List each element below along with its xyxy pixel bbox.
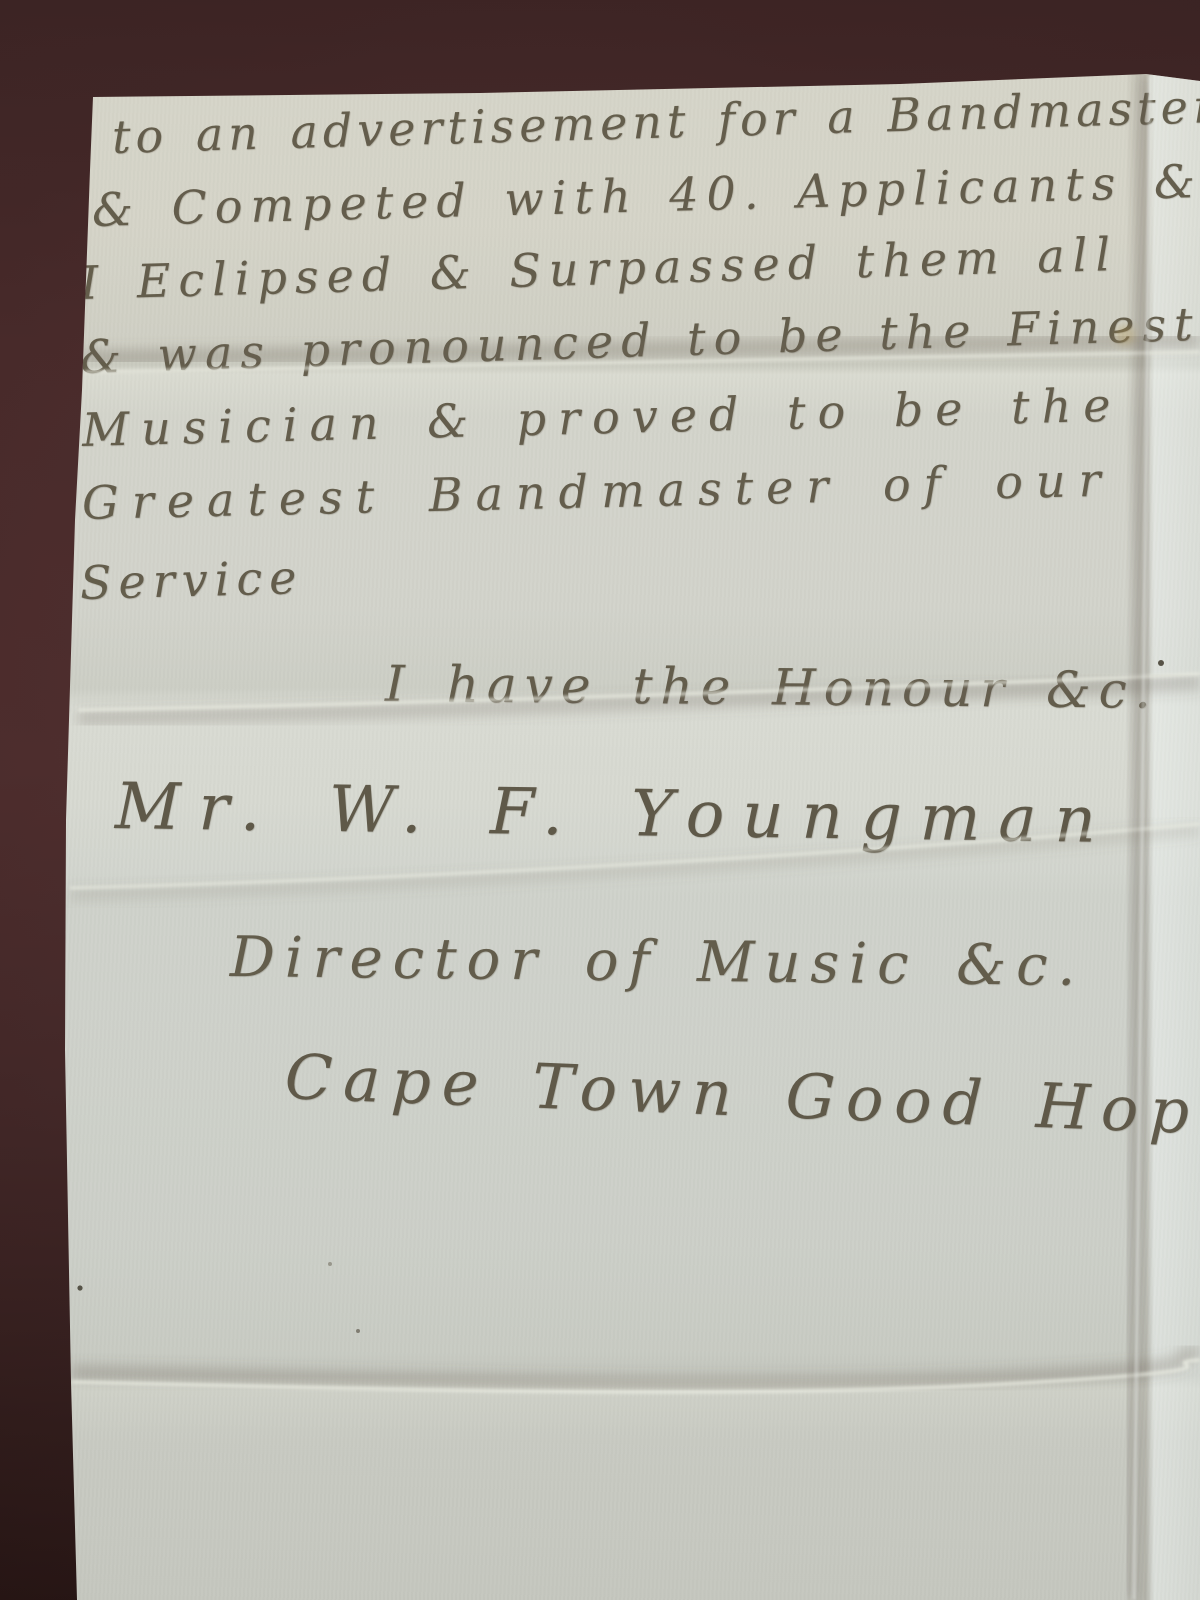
handwritten-line: Greatest Bandmaster of our	[81, 453, 1114, 530]
handwritten-line: I Eclipsed & Surpassed them all	[79, 227, 1119, 310]
photo-background-surface: to an advertisement for a Bandmaster & C…	[0, 0, 1200, 1600]
paper-speck	[356, 1329, 360, 1333]
paper-speck	[77, 1285, 82, 1290]
handwritten-line-title: Director of Music &c.	[230, 925, 1086, 999]
handwritten-line-valediction: I have the Honour &c.	[385, 655, 1159, 720]
handwritten-line: to an advertisement for a Bandmaster	[111, 79, 1200, 164]
handwritten-line: & was pronounced to be the Finest	[79, 297, 1200, 384]
handwritten-line: Musician & proved to be the	[81, 378, 1123, 457]
handwritten-line-name: Mr. W. F. Youngman	[114, 770, 1114, 858]
handwritten-line-place: Cape Town Good Hope	[284, 1040, 1200, 1150]
fold-shadow-4	[72, 1352, 1200, 1384]
handwritten-line: & Competed with 40. Applicants &	[91, 154, 1200, 237]
letter-paper: to an advertisement for a Bandmaster & C…	[0, 0, 1200, 1600]
handwritten-line: Service	[79, 550, 304, 610]
paper-speck	[328, 1262, 332, 1266]
fold-crease-4	[72, 1360, 1200, 1392]
